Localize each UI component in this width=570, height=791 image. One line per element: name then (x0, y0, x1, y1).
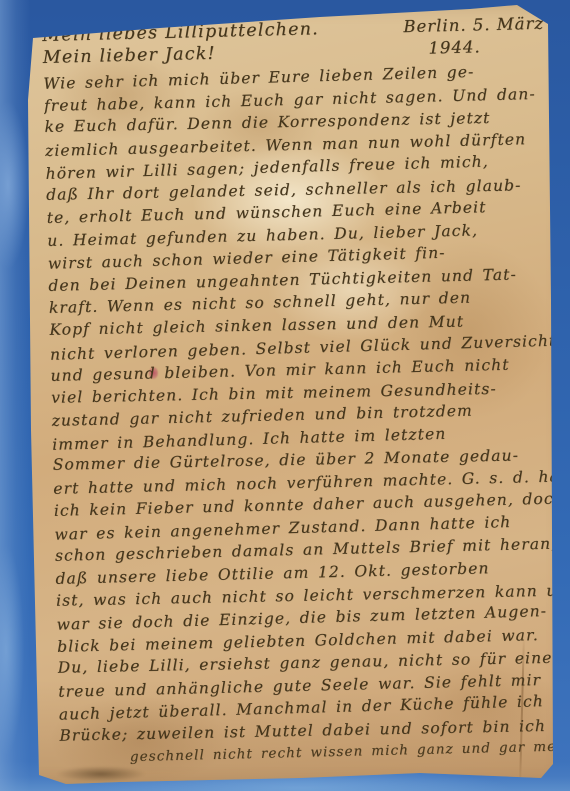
place-and-date: Berlin. 5. März (403, 14, 544, 36)
salutation-line-2: Mein lieber Jack! (43, 44, 216, 68)
letter-paper: Mein liebes Lilliputtelchen. Berlin. 5. … (0, 0, 570, 791)
handwritten-text: Mein liebes Lilliputtelchen. Berlin. 5. … (42, 14, 562, 771)
date-year: 1944. (428, 37, 481, 57)
letter-body-lines: Wie sehr ich mich über Eure lieben Zeile… (43, 60, 562, 771)
